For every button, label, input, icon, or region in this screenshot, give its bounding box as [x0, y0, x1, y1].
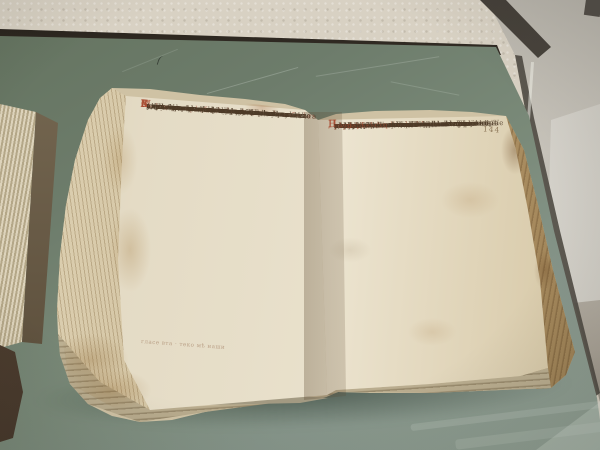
museum-photo-scene: паве и ч непщева лютѣ славы на бжѣхъстѣ …	[0, 0, 600, 450]
photo-vignette	[0, 0, 600, 450]
